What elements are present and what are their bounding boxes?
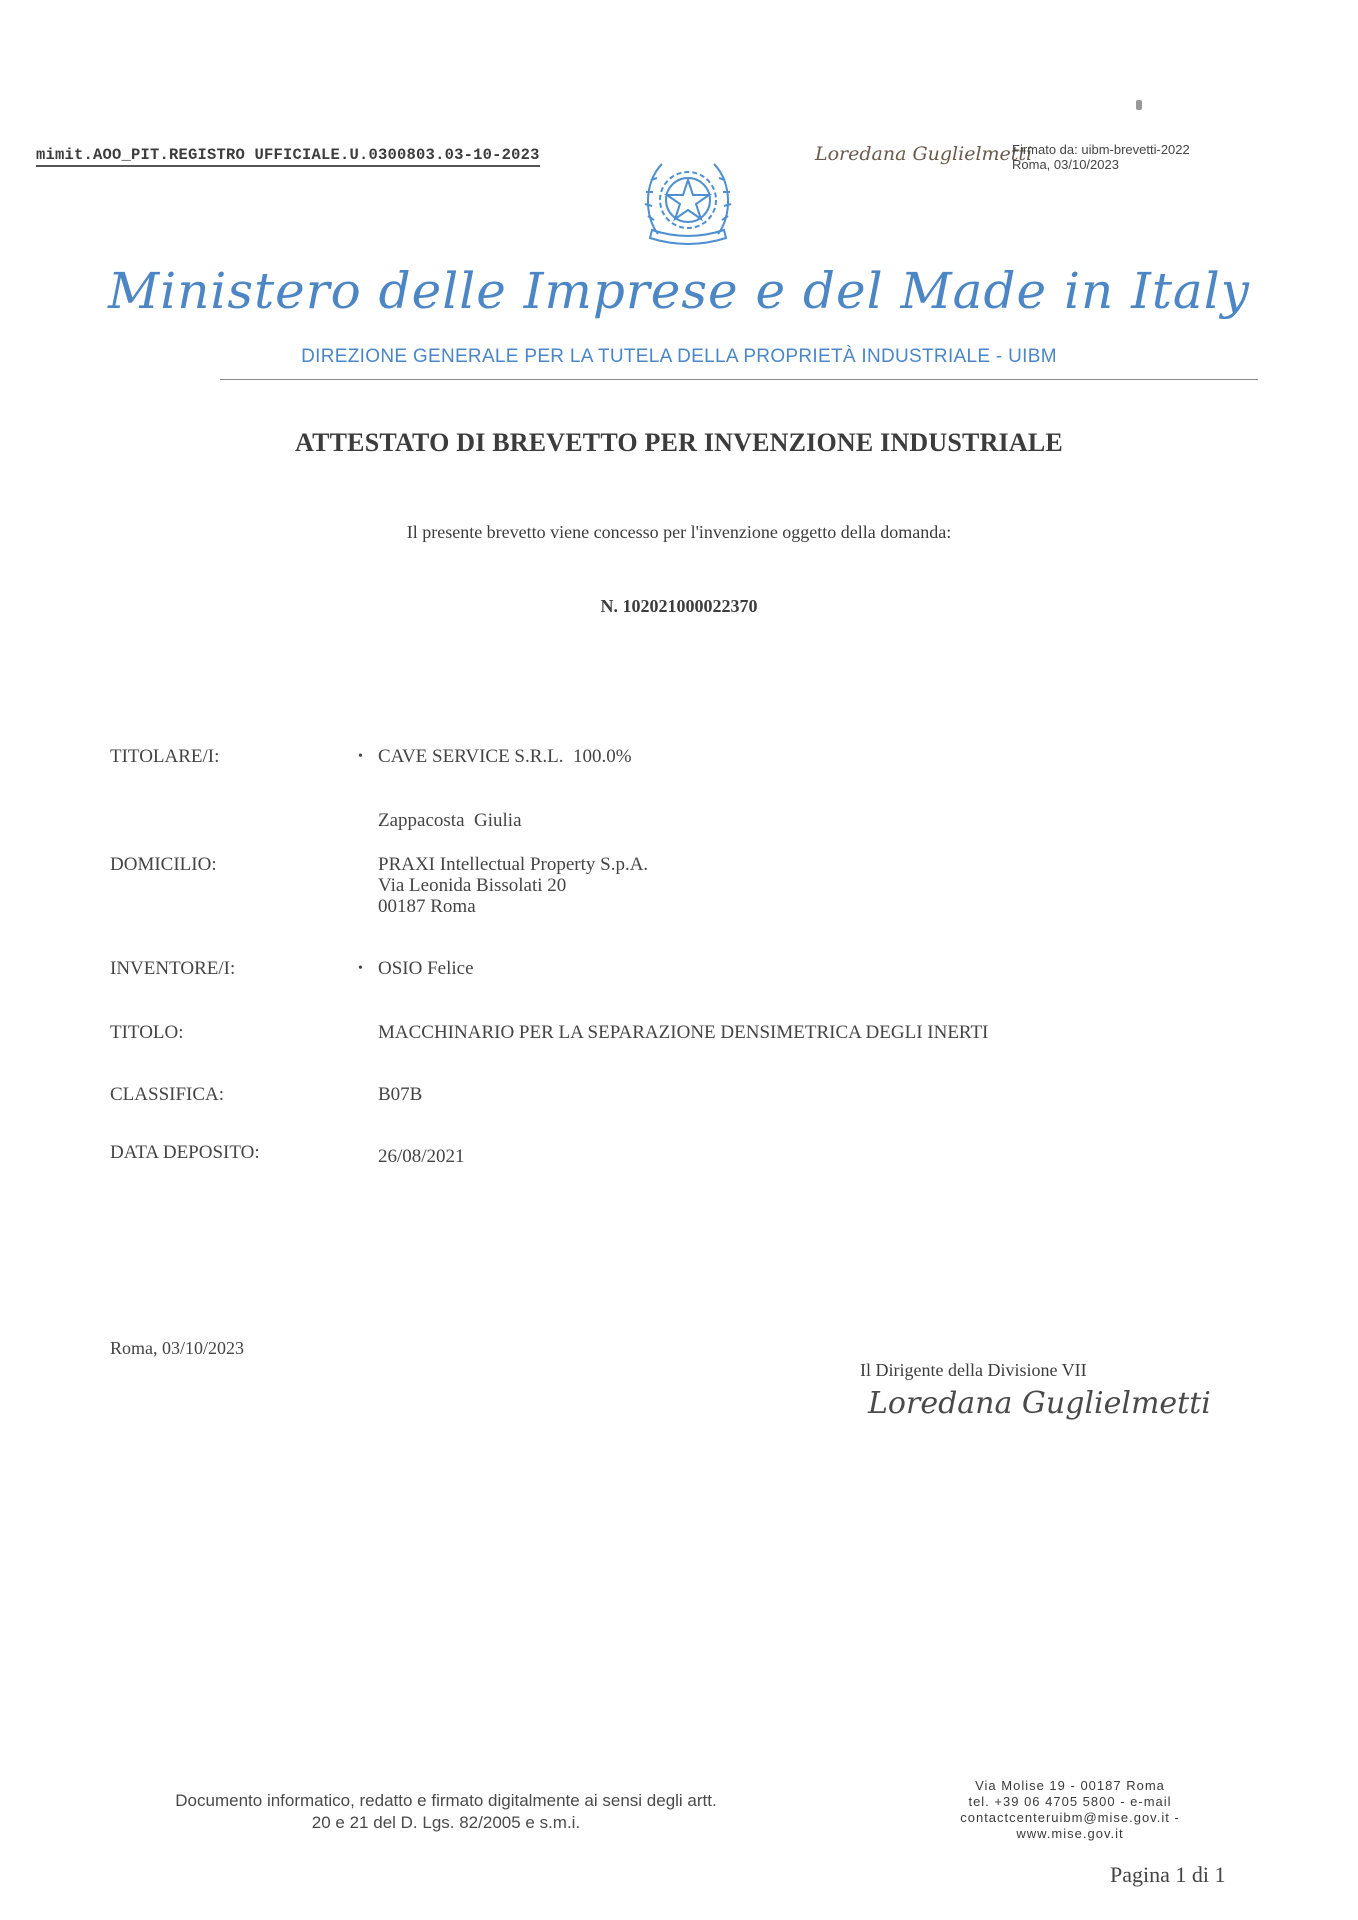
address-line-4: www.mise.gov.it [880, 1826, 1260, 1842]
legal-line-1: Documento informatico, redatto e firmato… [96, 1790, 796, 1812]
classifica-label: CLASSIFICA: [110, 1084, 224, 1106]
header-divider [220, 379, 1258, 380]
italian-republic-emblem-icon [640, 150, 736, 254]
page-number: Pagina 1 di 1 [1110, 1862, 1226, 1888]
inventore-text: OSIO Felice [378, 958, 474, 979]
address-line-3: contactcenteruibm@mise.gov.it - [880, 1810, 1260, 1826]
signed-place-date: Roma, 03/10/2023 [1012, 157, 1190, 172]
digital-signer-name: Loredana Guglielmetti [815, 143, 1032, 165]
document-title: ATTESTATO DI BREVETTO PER INVENZIONE IND… [0, 428, 1358, 458]
domicilio-line-3: 00187 Roma [378, 896, 648, 917]
bullet-icon: • [358, 746, 378, 767]
domicilio-label: DOMICILIO: [110, 854, 217, 876]
intro-text: Il presente brevetto viene concesso per … [0, 522, 1358, 543]
direzione-generale: DIREZIONE GENERALE PER LA TUTELA DELLA P… [0, 346, 1358, 368]
titolare-text: CAVE SERVICE S.R.L. 100.0% [378, 746, 632, 767]
titolare-value: •CAVE SERVICE S.R.L. 100.0% [358, 746, 632, 767]
domicilio-line-1: PRAXI Intellectual Property S.p.A. [378, 854, 648, 875]
inventore-label: INVENTORE/I: [110, 958, 235, 980]
place-date: Roma, 03/10/2023 [110, 1338, 244, 1359]
inventore-value: •OSIO Felice [358, 958, 474, 979]
address-line-2: tel. +39 06 4705 5800 - e-mail [880, 1794, 1260, 1810]
signed-by-text: Firmato da: uibm-brevetti-2022 [1012, 142, 1190, 157]
office-contacts: Via Molise 19 - 00187 Roma tel. +39 06 4… [880, 1778, 1260, 1842]
scan-speck [1136, 100, 1142, 110]
digital-signature-info: Firmato da: uibm-brevetti-2022 Roma, 03/… [1012, 142, 1190, 172]
domicilio-address: PRAXI Intellectual Property S.p.A. Via L… [378, 854, 648, 917]
titolo-value: MACCHINARIO PER LA SEPARAZIONE DENSIMETR… [378, 1022, 988, 1043]
ministry-name: Ministero delle Imprese e del Made in It… [0, 262, 1358, 320]
legal-notice: Documento informatico, redatto e firmato… [96, 1790, 796, 1834]
titolo-label: TITOLO: [110, 1022, 184, 1044]
dirigente-title: Il Dirigente della Divisione VII [860, 1360, 1087, 1381]
address-line-1: Via Molise 19 - 00187 Roma [880, 1778, 1260, 1794]
patent-number: N. 102021000022370 [0, 596, 1358, 617]
domicilio-name: Zappacosta Giulia [378, 810, 522, 831]
dirigente-signature: Loredana Guglielmetti [868, 1386, 1211, 1421]
legal-line-2: 20 e 21 del D. Lgs. 82/2005 e s.m.i. [96, 1812, 796, 1834]
titolare-label: TITOLARE/I: [110, 746, 219, 768]
bullet-icon: • [358, 958, 378, 979]
domicilio-line-2: Via Leonida Bissolati 20 [378, 875, 648, 896]
deposito-value: 26/08/2021 [378, 1146, 465, 1167]
protocol-number: mimit.AOO_PIT.REGISTRO UFFICIALE.U.03008… [36, 146, 540, 167]
deposito-label: DATA DEPOSITO: [110, 1142, 260, 1164]
classifica-value: B07B [378, 1084, 422, 1105]
